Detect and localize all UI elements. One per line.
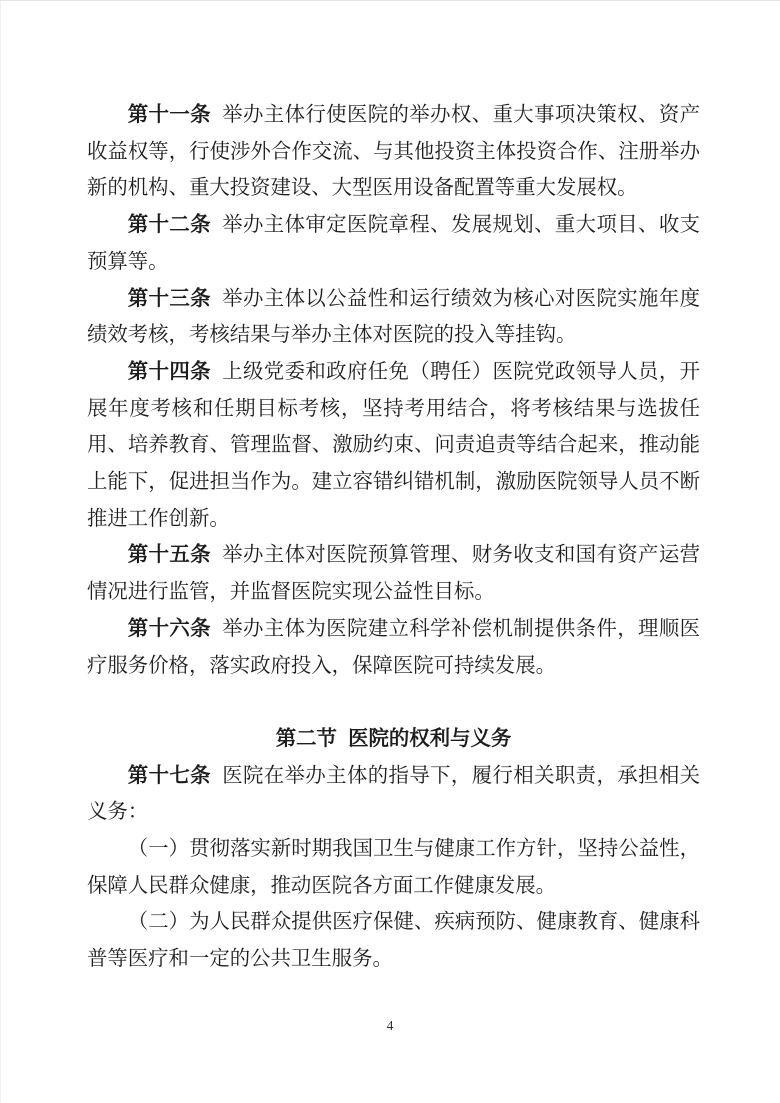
paragraph-article-17: 第十七条医院在举办主体的指导下，履行相关职责，承担相关义务：	[87, 758, 700, 831]
section-heading: 第二节医院的权利与义务	[87, 721, 700, 758]
document-content: 第十一条举办主体行使医院的举办权、重大事项决策权、资产收益权等，行使涉外合作交流…	[87, 97, 700, 978]
page-number: 4	[387, 1018, 394, 1033]
section-heading-label: 第二节	[276, 728, 337, 750]
paragraph-article-16: 第十六条举办主体为医院建立科学补偿机制提供条件，理顺医疗服务价格，落实政府投入，…	[87, 611, 700, 684]
list-item-1: （一）贯彻落实新时期我国卫生与健康工作方针，坚持公益性，保障人民群众健康，推动医…	[87, 831, 700, 904]
section-heading-title: 医院的权利与义务	[348, 728, 511, 750]
article-16-number: 第十六条	[128, 618, 211, 640]
paragraph-article-13: 第十三条举办主体以公益性和运行绩效为核心对医院实施年度绩效考核，考核结果与举办主…	[87, 281, 700, 354]
paragraph-article-12: 第十二条举办主体审定医院章程、发展规划、重大项目、收支预算等。	[87, 207, 700, 280]
article-17-number: 第十七条	[128, 765, 211, 787]
article-12-number: 第十二条	[128, 214, 211, 236]
paragraph-article-15: 第十五条举办主体对医院预算管理、财务收支和国有资产运营情况进行监管，并监督医院实…	[87, 537, 700, 610]
article-14-text: 上级党委和政府任免（聘任）医院党政领导人员，开展年度考核和任期目标考核，坚持考用…	[87, 361, 700, 530]
paragraph-article-11: 第十一条举办主体行使医院的举办权、重大事项决策权、资产收益权等，行使涉外合作交流…	[87, 97, 700, 207]
list-item-2-marker: （二）	[128, 911, 189, 933]
paragraph-article-14: 第十四条上级党委和政府任免（聘任）医院党政领导人员，开展年度考核和任期目标考核，…	[87, 354, 700, 538]
article-14-number: 第十四条	[128, 361, 211, 383]
list-item-2: （二）为人民群众提供医疗保健、疾病预防、健康教育、健康科普等医疗和一定的公共卫生…	[87, 904, 700, 977]
article-15-number: 第十五条	[128, 544, 211, 566]
document-page: { "page": { "number": "4", "background_c…	[0, 0, 780, 1103]
article-11-number: 第十一条	[128, 104, 211, 126]
page-footer: 4	[0, 1018, 780, 1034]
list-item-1-marker: （一）	[128, 838, 189, 860]
article-13-number: 第十三条	[128, 288, 211, 310]
